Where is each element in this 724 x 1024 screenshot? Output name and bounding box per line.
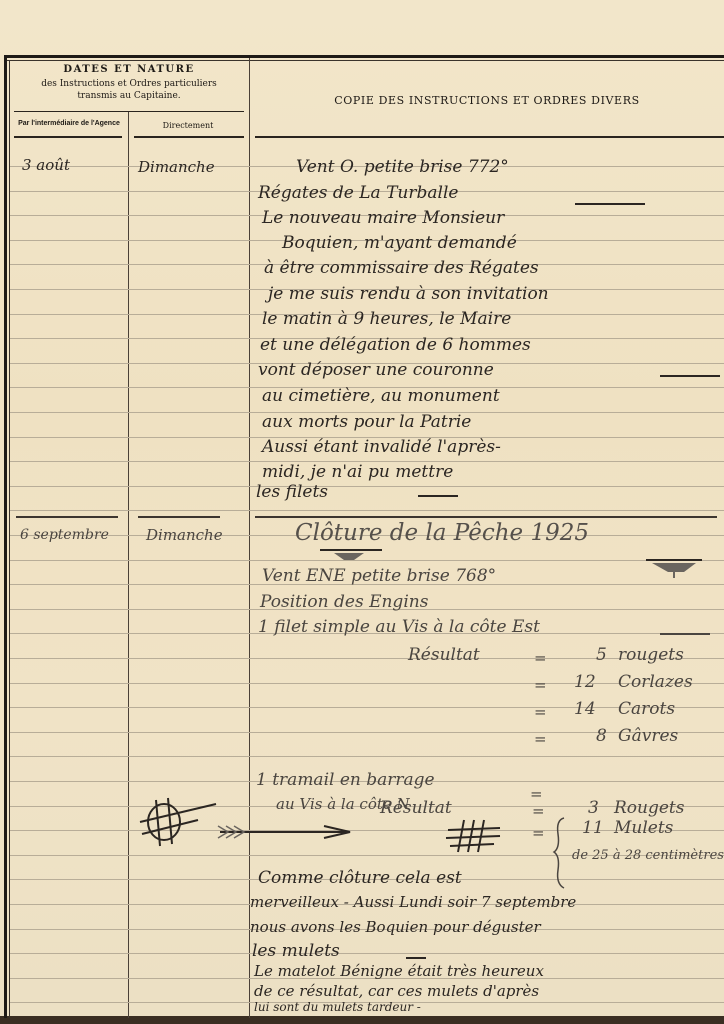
- header-dates-subtitle-2: transmis au Capitaine.: [10, 91, 248, 101]
- entry-line: de ce résultat, car ces mulets d'après: [254, 982, 539, 1000]
- ruled-line: [10, 953, 724, 954]
- entry-line: le matin à 9 heures, le Maire: [262, 309, 511, 329]
- result-count: 8: [596, 726, 607, 746]
- entry-line: au cimetière, au monument: [262, 386, 500, 406]
- result-fish: Corlazes: [618, 672, 693, 692]
- result-label: Résultat: [380, 798, 452, 818]
- entry-line: Le matelot Bénigne était très heureux: [254, 962, 544, 980]
- ruled-line: [10, 732, 724, 733]
- brace-icon: [554, 818, 568, 888]
- entry-line: Vent O. petite brise 772°: [296, 157, 509, 177]
- frame-top-border-inner: [4, 60, 724, 61]
- entry-line: midi, je n'ai pu mettre: [262, 462, 453, 482]
- entry-day-direct: Dimanche: [138, 158, 215, 176]
- entry-line: 1 filet simple au Vis à la côte Est: [258, 617, 540, 637]
- equals-sign: =: [534, 703, 547, 721]
- equals-sign: =: [532, 802, 545, 820]
- pen-stroke: [660, 633, 710, 635]
- result-fish: Gâvres: [618, 726, 678, 746]
- pen-stroke: [575, 203, 645, 205]
- entry-line: à être commissaire des Régates: [264, 258, 539, 278]
- result-label: Résultat: [408, 645, 480, 665]
- arrow-icon: [214, 822, 354, 842]
- ruled-line: [10, 486, 724, 487]
- entry-date-agency: 6 septembre: [20, 527, 109, 543]
- hash-mark-icon: [446, 818, 502, 854]
- entry-line: Position des Engins: [260, 592, 428, 612]
- entry-day-direct: Dimanche: [146, 526, 223, 544]
- entry-line: lui sont du mulets tardeur -: [254, 1000, 421, 1014]
- header-rule-col1: [14, 136, 122, 138]
- equals-sign: =: [534, 676, 547, 694]
- frame-top-border: [4, 55, 724, 58]
- ruled-line: [10, 683, 724, 684]
- entry-line: aux morts pour la Patrie: [262, 412, 471, 432]
- result-count: 11: [582, 818, 604, 838]
- entry-line: Le nouveau maire Monsieur: [262, 208, 504, 228]
- column-divider-main: [249, 58, 250, 1018]
- equals-sign: =: [534, 730, 547, 748]
- result-count: 12: [574, 672, 596, 692]
- result-fish: Mulets: [614, 818, 673, 838]
- result-fish: Carots: [618, 699, 675, 719]
- column-divider-agency: [128, 140, 129, 1018]
- header-rule-main: [255, 136, 724, 138]
- entry-line: merveilleux - Aussi Lundi soir 7 septemb…: [250, 893, 576, 911]
- result-count: 5: [596, 645, 607, 665]
- frame-left-border: [4, 55, 7, 1018]
- entry-date-agency: 3 août: [22, 156, 70, 174]
- section-rule-main: [255, 516, 717, 518]
- entry-line: vont déposer une couronne: [258, 360, 494, 380]
- column-header-instructions: COPIE DES INSTRUCTIONS ET ORDRES DIVERS: [250, 94, 724, 107]
- section-rule-direct: [138, 516, 220, 518]
- section-rule-agency: [16, 516, 118, 518]
- entry-line: et une délégation de 6 hommes: [260, 335, 531, 355]
- equals-sign: =: [530, 785, 543, 803]
- result-count: 3: [588, 798, 599, 818]
- header-rule-col2: [134, 136, 244, 138]
- equals-sign: =: [532, 824, 545, 842]
- logbook-page: [0, 0, 724, 1018]
- result-fish: rougets: [618, 645, 684, 665]
- result-fish: Rougets: [614, 798, 684, 818]
- net-symbol-icon: [138, 796, 218, 848]
- entry-line: 1 tramail en barrage: [256, 770, 435, 790]
- entry-line: je me suis rendu à son invitation: [268, 284, 549, 304]
- entry-line: Aussi étant invalidé l'après-: [262, 437, 501, 457]
- header-dates-subtitle-1: des Instructions et Ordres particuliers: [10, 78, 248, 91]
- ruled-line: [10, 707, 724, 708]
- header-dates-title: DATES ET NATURE: [10, 64, 248, 75]
- header-rule-sub: [14, 111, 244, 112]
- equals-sign: =: [534, 649, 547, 667]
- entry-line: les filets: [256, 482, 328, 502]
- entry-title: Clôture de la Pêche 1925: [295, 520, 589, 546]
- entry-line: Boquien, m'ayant demandé: [282, 233, 517, 253]
- ruled-line: [10, 658, 724, 659]
- entry-line: Comme clôture cela est: [258, 868, 462, 888]
- underline-flourish-icon: [320, 548, 370, 564]
- entry-line: Régates de La Turballe: [258, 183, 458, 203]
- size-note: de 25 à 28 centimètres: [572, 848, 724, 863]
- result-count: 14: [574, 699, 596, 719]
- entry-line: les mulets: [252, 941, 340, 961]
- pen-stroke: [406, 957, 426, 959]
- entry-line: Vent ENE petite brise 768°: [262, 566, 496, 586]
- column-header-direct: Directement: [128, 121, 248, 130]
- ruled-line: [10, 756, 724, 757]
- frame-left-border-inner: [9, 60, 10, 1018]
- pen-stroke: [418, 495, 458, 497]
- underline-flourish-icon: [646, 558, 706, 582]
- pen-stroke: [660, 375, 720, 377]
- ruled-line: [10, 510, 724, 511]
- page-edge: [0, 1016, 724, 1024]
- entry-line: nous avons les Boquien pour déguster: [250, 918, 541, 936]
- column-header-agency: Par l'intermédiaire de l'Agence: [10, 120, 128, 127]
